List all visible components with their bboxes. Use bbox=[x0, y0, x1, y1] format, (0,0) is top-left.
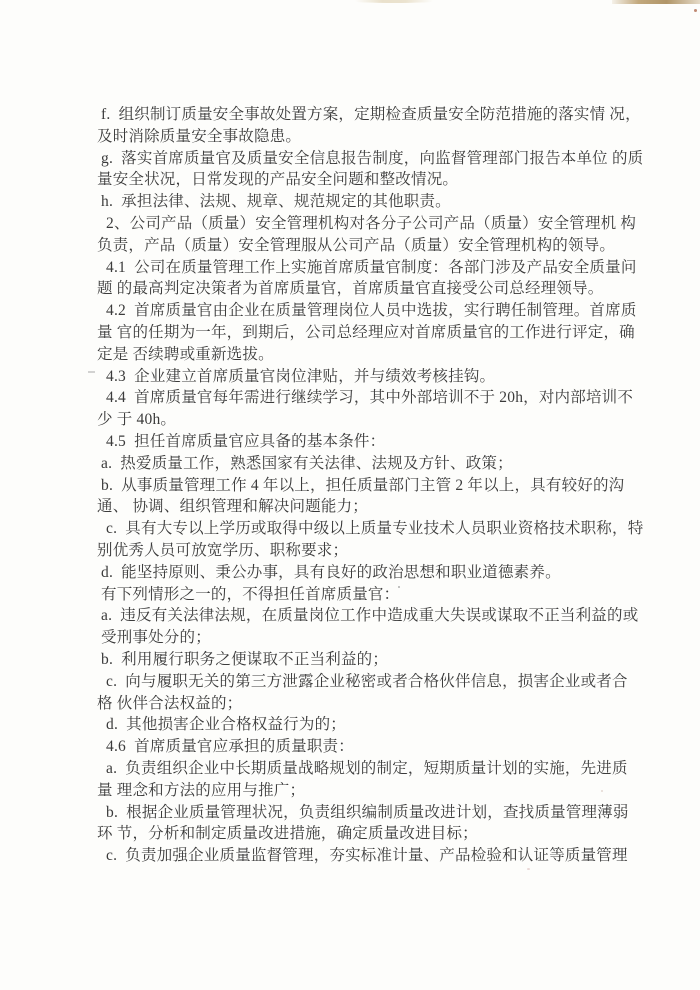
text-line: 4.1 公司在质量管理工作上实施首席质量官制度：各部门涉及产品安全质量问 bbox=[97, 257, 657, 279]
text-line: 量 官的任期为一年，到期后，公司总经理应对首席质量官的工作进行评定，确 bbox=[97, 322, 657, 344]
text-line: 少 于 40h。 bbox=[97, 409, 657, 431]
text-line: 负责，产品（质量）安全管理服从公司产品（质量）安全管理机构的领导。 bbox=[97, 235, 657, 257]
document-text-body: f. 组织制订质量安全事故处置方案，定期检查质量安全防范措施的落实情 况，及时消… bbox=[97, 104, 657, 867]
text-line: b. 根据企业质量管理状况，负责组织编制质量改进计划，查找质量管理薄弱 bbox=[97, 802, 657, 824]
text-line: 通、 协调、组织管理和解决问题能力； bbox=[97, 496, 657, 518]
scan-speck bbox=[88, 371, 95, 373]
text-line: h. 承担法律、法规、规章、规范规定的其他职责。 bbox=[97, 191, 657, 213]
scan-speck bbox=[527, 868, 530, 870]
text-line: b. 利用履行职务之便谋取不正当利益的； bbox=[97, 649, 657, 671]
text-line: d. 能坚持原则、秉公办事，具有良好的政治思想和职业道德素养。 bbox=[97, 562, 657, 584]
text-line: c. 具有大专以上学历或取得中级以上质量专业技术人员职业资格技术职称，特 bbox=[97, 518, 657, 540]
text-line: g. 落实首席质量官及质量安全信息报告制度，向监督管理部门报告本单位 的质 bbox=[97, 148, 657, 170]
text-line: b. 从事质量管理工作 4 年以上，担任质量部门主管 2 年以上，具有较好的沟 bbox=[97, 475, 657, 497]
scan-speck-corner bbox=[694, 9, 697, 12]
text-line: f. 组织制订质量安全事故处置方案，定期检查质量安全防范措施的落实情 况， bbox=[97, 104, 657, 126]
text-line: a. 违反有关法律法规，在质量岗位工作中造成重大失误或谋取不正当利益的或 bbox=[97, 605, 657, 627]
text-line: 4.4 首席质量官每年需进行继续学习，其中外部培训不于 20h，对内部培训不 bbox=[97, 387, 657, 409]
text-line: 别优秀人员可放宽学历、职称要求； bbox=[97, 540, 657, 562]
scan-smudge-top-right bbox=[612, 0, 700, 4]
text-line: 有下列情形之一的，不得担任首席质量官： bbox=[97, 584, 657, 606]
scanned-document-page: f. 组织制订质量安全事故处置方案，定期检查质量安全防范措施的落实情 况，及时消… bbox=[0, 0, 700, 990]
text-line: a. 热爱质量工作，熟悉国家有关法律、法规及方针、政策； bbox=[97, 453, 657, 475]
text-line: 4.2 首席质量官由企业在质量管理岗位人员中选拔，实行聘任制管理。首席质 bbox=[97, 300, 657, 322]
text-line: 量 理念和方法的应用与推广； bbox=[97, 780, 657, 802]
text-line: d. 其他损害企业合格权益行为的； bbox=[97, 714, 657, 736]
text-line: 格 伙伴合法权益的； bbox=[97, 693, 657, 715]
text-line: 题 的最高判定决策者为首席质量官，首席质量官直接受公司总经理领导。 bbox=[97, 278, 657, 300]
text-line: 环 节，分析和制定质量改进措施，确定质量改进目标； bbox=[97, 823, 657, 845]
text-line: 4.6 首席质量官应承担的质量职责： bbox=[97, 736, 657, 758]
text-line: 及时消除质量安全事故隐患。 bbox=[97, 126, 657, 148]
text-line: 2、公司产品（质量）安全管理机构对各分子公司产品（质量）安全管理机 构 bbox=[97, 213, 657, 235]
text-line: a. 负责组织企业中长期质量战略规划的制定，短期质量计划的实施，先进质 bbox=[97, 758, 657, 780]
text-line: 4.3 企业建立首席质量官岗位津贴，并与绩效考核挂钩。 bbox=[97, 366, 657, 388]
text-line: 量安全状况，日常发现的产品安全问题和整改情况。 bbox=[97, 169, 657, 191]
text-line: 定是 否续聘或重新选拔。 bbox=[97, 344, 657, 366]
text-line: 受刑事处分的； bbox=[97, 627, 657, 649]
text-line: c. 向与履职无关的第三方泄露企业秘密或者合格伙伴信息，损害企业或者合 bbox=[97, 671, 657, 693]
text-line: 4.5 担任首席质量官应具备的基本条件： bbox=[97, 431, 657, 453]
scan-smudge-top-center bbox=[355, 0, 433, 3]
text-line: c. 负责加强企业质量监督管理，夯实标准计量、产品检验和认证等质量管理 bbox=[97, 845, 657, 867]
